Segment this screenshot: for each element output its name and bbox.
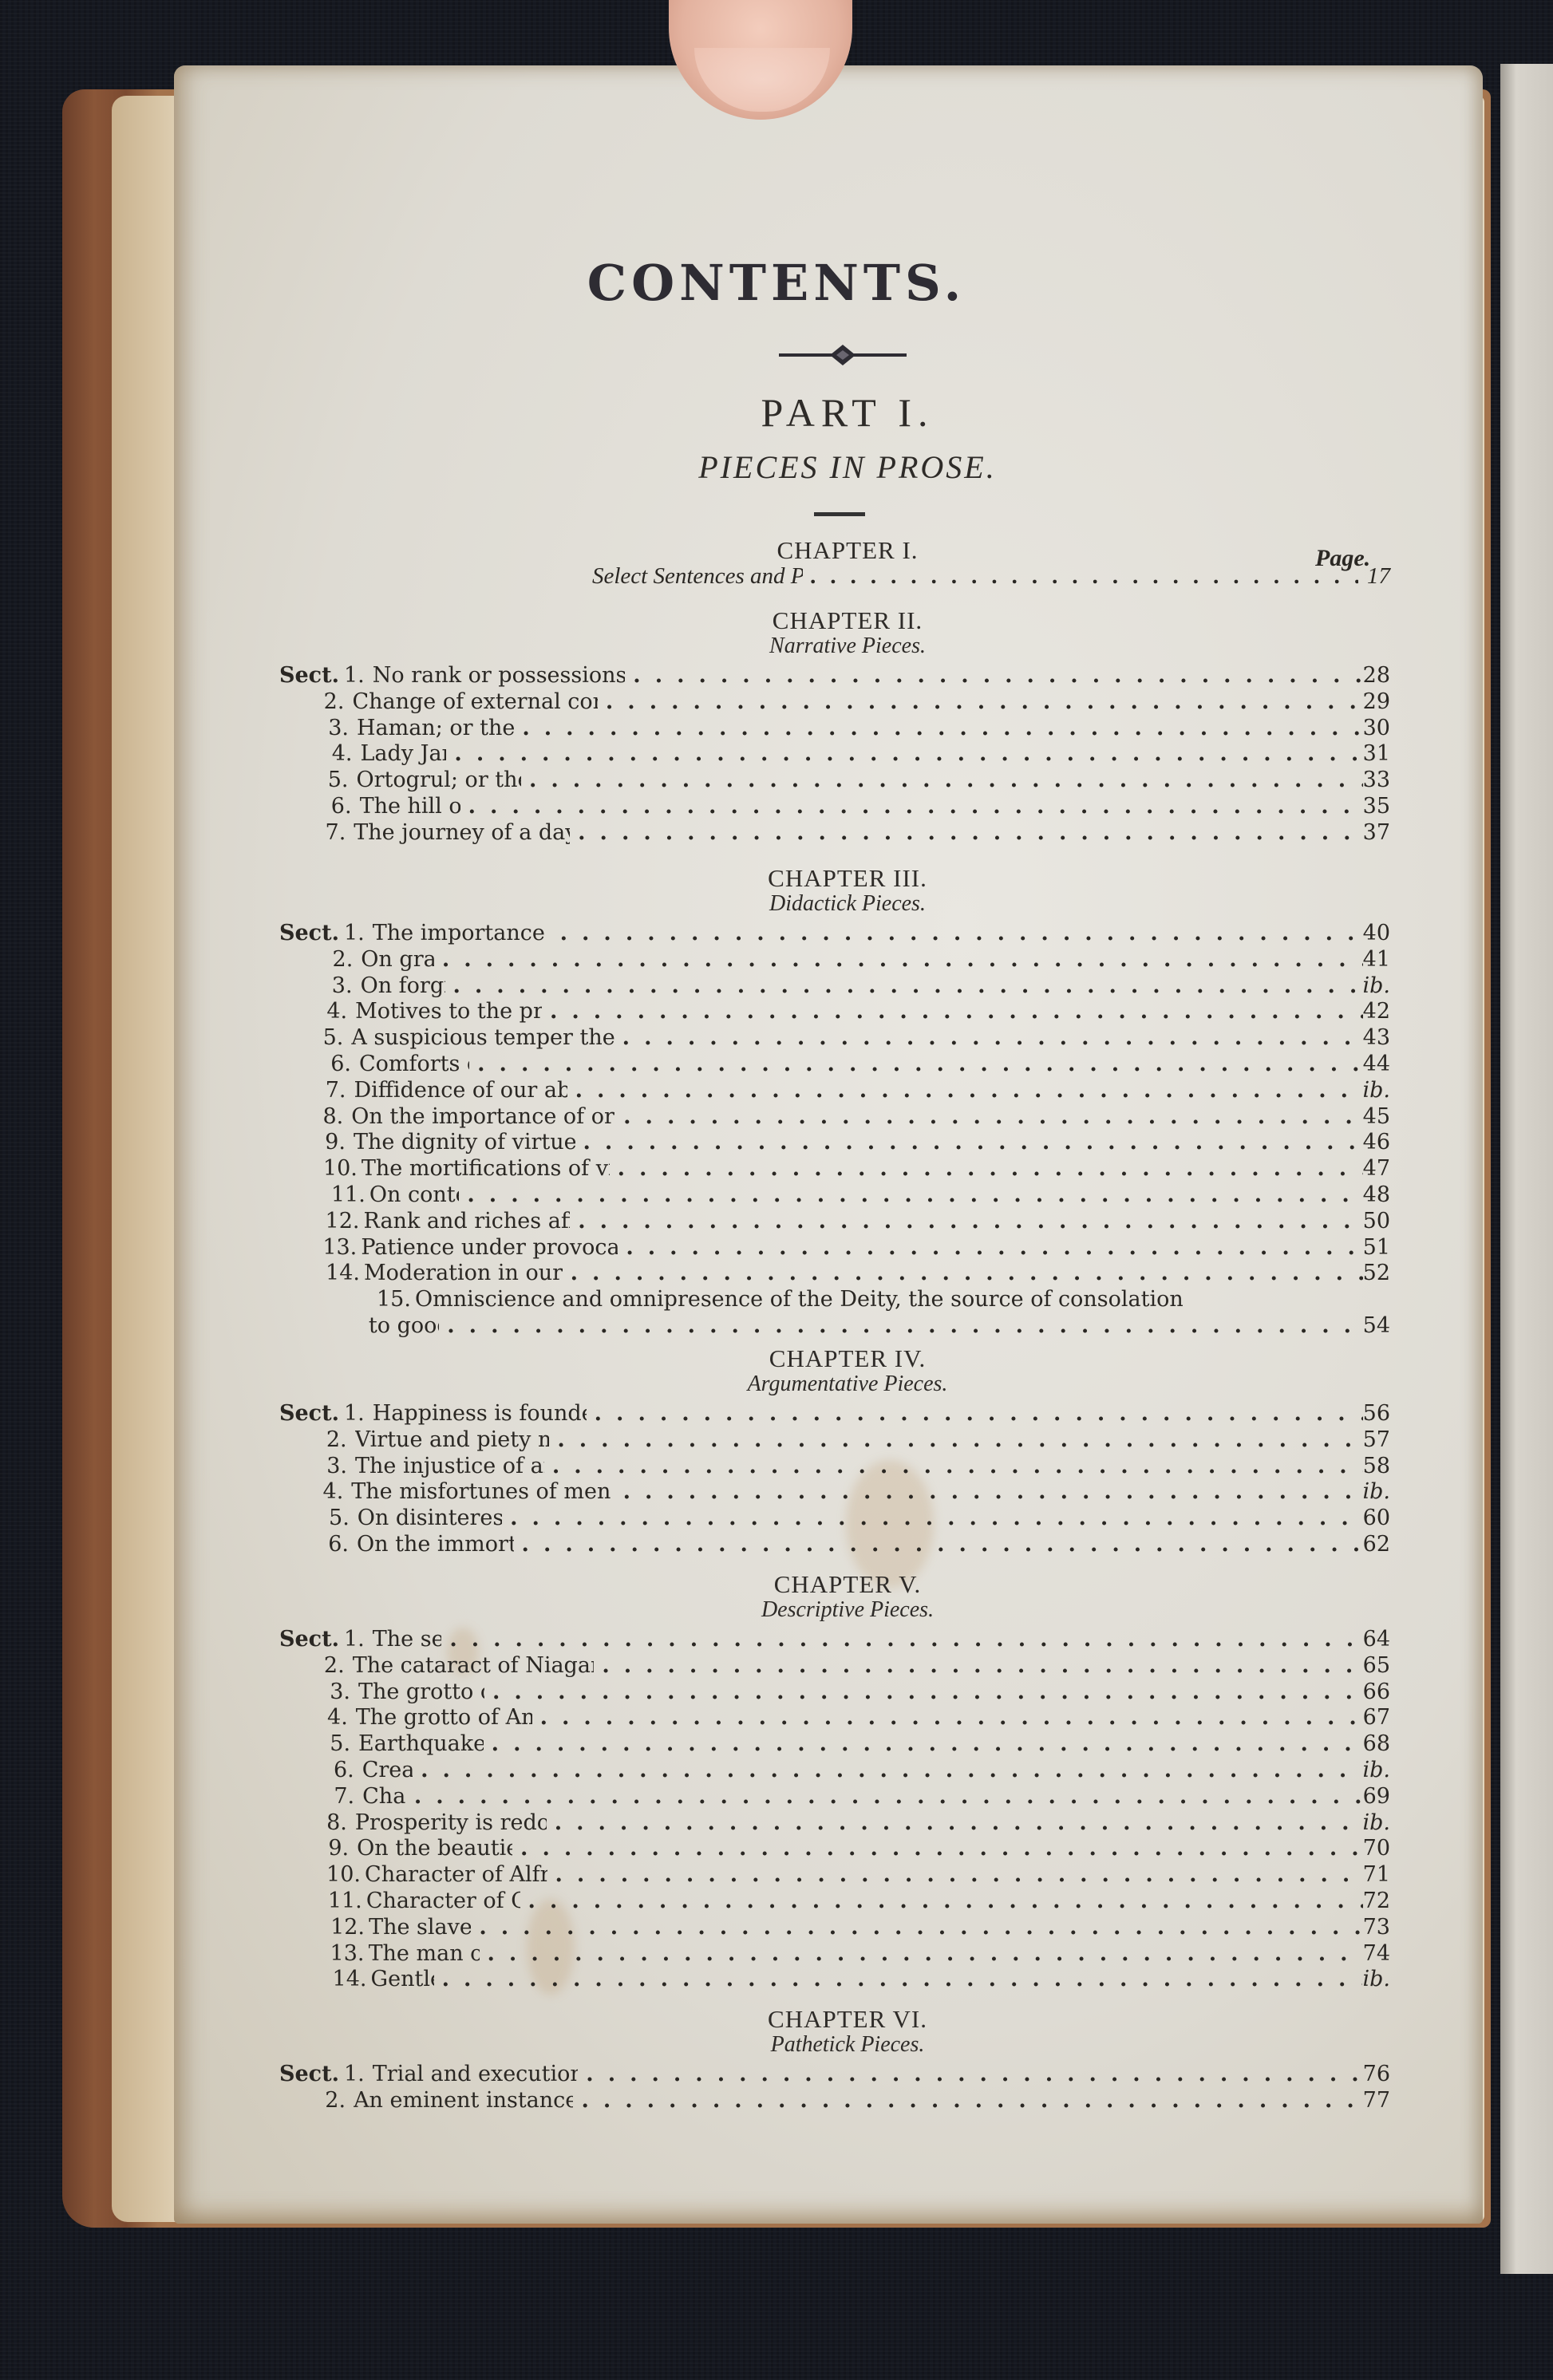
section-number: 2. (324, 1652, 353, 1679)
toc-entry-row[interactable]: Select Sentences and Paragraphs.........… (592, 563, 1390, 590)
page-number[interactable]: 42 (1363, 998, 1390, 1024)
chapter-subtitle: Didactick Pieces. (0, 891, 1553, 917)
ornament-divider-icon (779, 345, 907, 365)
dot-leader: ........................................… (484, 1731, 1363, 1757)
toc-entry-row[interactable]: 5.On disinterested friendship...........… (279, 1505, 1390, 1531)
dot-leader: ........................................… (445, 973, 1363, 999)
dot-leader: ........................................… (469, 1051, 1363, 1077)
short-rule-divider (814, 512, 865, 516)
section-title[interactable]: On the immortality of the soul (357, 1531, 514, 1557)
page-number[interactable]: 77 (1363, 2087, 1390, 2114)
toc-entry-row[interactable]: Sect.1.The importance of a good educatio… (279, 920, 1390, 946)
chapter-heading: CHAPTER V. (0, 1570, 1553, 1599)
section-number: 8. (326, 1810, 355, 1836)
chapter-heading: CHAPTER VI. (0, 2005, 1553, 2034)
section-title[interactable]: On forgiveness (361, 973, 445, 999)
dot-leader: ........................................… (587, 1400, 1363, 1427)
section-title[interactable]: Diffidence of our abilities a mark of wi… (354, 1077, 567, 1103)
section-number: 11. (328, 1888, 366, 1914)
toc-entry-row[interactable]: 15.Omniscience and omnipresence of the D… (279, 1286, 1390, 1312)
section-title[interactable]: Character of Queen Elizabeth (366, 1888, 520, 1914)
section-prefix: Sect. (279, 920, 344, 946)
page-number[interactable]: 57 (1363, 1427, 1390, 1453)
toc-entry-row[interactable]: 6.Creation..............................… (279, 1757, 1390, 1783)
page-number[interactable]: 37 (1363, 819, 1390, 846)
toc-entry-row[interactable]: 10.Character of Alfred, king of England.… (279, 1861, 1390, 1888)
toc-entry-row[interactable]: 9.On the beauties of the Psalms.........… (279, 1835, 1390, 1861)
section-number: 12. (326, 1208, 364, 1234)
section-title[interactable]: No rank or possessions can make the guil… (373, 662, 626, 689)
part-subtitle: PIECES IN PROSE. (0, 448, 1553, 486)
section-title[interactable]: The misfortunes of men mostly chargeable… (351, 1478, 614, 1505)
dot-leader: ........................................… (514, 1531, 1363, 1557)
toc-entry-row[interactable]: 14.Moderation in our wishes recommended.… (279, 1260, 1390, 1286)
section-title[interactable]: Change of external condition often adver… (352, 689, 597, 715)
section-number: 7. (334, 1783, 362, 1810)
section-title[interactable]: The grotto of Antiparos, continued (356, 1704, 532, 1731)
dot-leader: ........................................… (434, 1966, 1363, 1992)
page-number[interactable]: 47 (1363, 1155, 1390, 1182)
page-number[interactable]: 45 (1363, 1103, 1390, 1130)
dot-leader: ........................................… (502, 1505, 1363, 1531)
section-title[interactable]: The seasons (373, 1626, 442, 1652)
dot-leader: ........................................… (575, 1129, 1363, 1155)
page-number[interactable]: 65 (1363, 1652, 1390, 1679)
section-number: 2. (326, 1427, 355, 1453)
section-title[interactable]: Earthquake at Catanea (358, 1731, 484, 1757)
section-prefix: Sect. (279, 1400, 344, 1427)
dot-leader: ........................................… (547, 1861, 1363, 1888)
section-number: 1. (344, 1400, 373, 1427)
page-number[interactable]: 71 (1363, 1861, 1390, 1888)
page-number[interactable]: 46 (1363, 1129, 1390, 1155)
page-number[interactable]: 33 (1363, 767, 1390, 793)
page-number[interactable]: ib. (1362, 1966, 1390, 1992)
page-number[interactable]: 28 (1363, 662, 1390, 689)
toc-entry-row[interactable]: 14.Gentleness...........................… (279, 1966, 1390, 1992)
dot-leader: ........................................… (567, 1077, 1363, 1103)
toc-entry-row[interactable]: 7.Diffidence of our abilities a mark of … (279, 1077, 1390, 1103)
section-number: 5. (328, 767, 357, 793)
section-title[interactable]: A suspicious temper the source of misery… (351, 1024, 614, 1051)
section-number: 2. (324, 689, 353, 715)
toc-entry-row[interactable]: 4.Motives to the practice of gentleness.… (279, 998, 1390, 1024)
page-number[interactable]: 73 (1363, 1914, 1390, 1940)
toc-entry-row[interactable]: 8.Prosperity is redoubled to a good man.… (279, 1810, 1390, 1836)
section-number: 10. (323, 1155, 362, 1182)
section-number: 4. (332, 740, 361, 767)
page-number[interactable]: 43 (1363, 1024, 1390, 1051)
section-number: 1. (344, 662, 373, 689)
toc-entry-row[interactable]: 2.The cataract of Niagara, in Canada, No… (279, 1652, 1390, 1679)
section-number: 11. (331, 1182, 369, 1208)
chapter-heading: CHAPTER III. (0, 864, 1553, 893)
toc-entry-row[interactable]: 3.Haman; or the misery of pride.........… (279, 715, 1390, 741)
dot-leader: ........................................… (552, 920, 1363, 946)
section-number: 8. (323, 1103, 352, 1130)
dot-leader: ........................................… (514, 715, 1362, 741)
section-number: 13. (322, 1234, 361, 1261)
page-number[interactable]: 48 (1363, 1182, 1390, 1208)
section-title[interactable]: Motives to the practice of gentleness (355, 998, 542, 1024)
toc-entry-row[interactable]: Sect.1.Trial and execution of the Earl o… (279, 2061, 1390, 2087)
page-number[interactable]: 76 (1363, 2061, 1390, 2087)
toc-entry-row[interactable]: 7.The journey of a day; a picture of hum… (279, 819, 1390, 846)
section-title[interactable]: Virtue and piety man's highest interest (355, 1427, 550, 1453)
toc-entry-row[interactable]: 3.The grotto of Antiparos...............… (279, 1679, 1390, 1705)
section-title[interactable]: The cataract of Niagara, in Canada, Nort… (353, 1652, 595, 1679)
dot-leader: ........................................… (520, 1888, 1363, 1914)
page-number[interactable]: 52 (1363, 1260, 1390, 1286)
toc-entry-row[interactable]: to good men.............................… (279, 1312, 1390, 1339)
toc-entry-row[interactable]: 2.Virtue and piety man's highest interes… (279, 1427, 1390, 1453)
page-number[interactable]: 68 (1363, 1731, 1390, 1757)
section-title[interactable]: to good men (356, 1312, 439, 1339)
section-title[interactable]: The importance of a good education (373, 920, 552, 946)
section-number: 4. (327, 1704, 356, 1731)
section-title[interactable]: Trial and execution of the Earl of Straf… (373, 2061, 579, 2087)
toc-entry-row[interactable]: 3.The injustice of an uncharitable spiri… (279, 1453, 1390, 1479)
section-number: 1. (344, 920, 373, 946)
toc-entry-row[interactable]: 8.On the importance of order in the dist… (279, 1103, 1390, 1130)
section-title[interactable]: Ortogrul; or the vanity of riches (357, 767, 521, 793)
dot-leader: ........................................… (532, 1704, 1363, 1731)
dot-leader: ........................................… (598, 689, 1363, 715)
dot-leader: ........................................… (573, 2087, 1362, 2114)
dot-leader: ........................................… (471, 1914, 1362, 1940)
page-number[interactable]: 74 (1363, 1940, 1390, 1967)
section-number: 5. (323, 1024, 352, 1051)
part-heading: PART I. (0, 389, 1553, 436)
dot-leader: ........................................… (610, 1155, 1363, 1182)
section-title[interactable]: Comforts of religion (359, 1051, 469, 1077)
toc-entry-row[interactable]: 3.On forgiveness........................… (279, 973, 1390, 999)
section-number: 3. (326, 1453, 355, 1479)
section-title[interactable]: On contentment (369, 1182, 460, 1208)
page-number[interactable]: ib. (1362, 1077, 1390, 1103)
toc-entry-row[interactable]: 7.Charity...............................… (279, 1783, 1390, 1810)
toc-entry-row[interactable]: 2.An eminent instance of true fortitude … (279, 2087, 1390, 2114)
toc-entry-row[interactable]: 6.Comforts of religion..................… (279, 1051, 1390, 1077)
page-number[interactable]: 29 (1363, 689, 1390, 715)
dot-leader: ........................................ (803, 563, 1358, 590)
chapter-heading: CHAPTER II. (0, 606, 1553, 635)
chapter-subtitle: Argumentative Pieces. (0, 1372, 1553, 1397)
section-title[interactable]: On the beauties of the Psalms (357, 1835, 512, 1861)
toc-entry-row[interactable]: 10.The mortifications of vice greater th… (279, 1155, 1390, 1182)
section-title[interactable]: Moderation in our wishes recommended (364, 1260, 563, 1286)
page-number[interactable]: 67 (1363, 1704, 1390, 1731)
section-number: 1. (344, 2061, 373, 2087)
toc-entry-row[interactable]: 2.Change of external condition often adv… (279, 689, 1390, 715)
dot-leader: ........................................… (406, 1783, 1363, 1810)
page-number[interactable]: 66 (1363, 1679, 1390, 1705)
section-number: 3. (330, 1679, 358, 1705)
dot-leader: ........................................… (544, 1453, 1363, 1479)
page-number[interactable]: ib. (1362, 1810, 1390, 1836)
section-title[interactable]: An eminent instance of true fortitude of… (354, 2087, 573, 2114)
page-number[interactable]: ib. (1362, 1757, 1390, 1783)
section-number: 2. (333, 946, 362, 973)
section-number: 2. (325, 2087, 354, 2114)
dot-leader: ........................................… (460, 793, 1363, 819)
page-number[interactable]: 17 (1358, 563, 1390, 590)
section-prefix: Sect. (279, 1626, 344, 1652)
dot-leader: ........................................… (618, 1234, 1362, 1261)
dot-leader: ........................................… (459, 1182, 1362, 1208)
page-number[interactable]: 54 (1363, 1312, 1390, 1339)
page-number[interactable]: 30 (1363, 715, 1390, 741)
section-number: 6. (328, 1531, 357, 1557)
dot-leader: ........................................… (480, 1940, 1363, 1967)
dot-leader: ........................................… (615, 1103, 1363, 1130)
page-number[interactable]: 58 (1363, 1453, 1390, 1479)
section-number: 10. (326, 1861, 365, 1888)
page-number[interactable]: 56 (1363, 1400, 1390, 1427)
section-title[interactable]: Happiness is founded in rectitude of con… (373, 1400, 587, 1427)
section-number: 1. (344, 1626, 373, 1652)
toc-entry-row[interactable]: 5.A suspicious temper the source of mise… (279, 1024, 1390, 1051)
page-number[interactable]: 35 (1363, 793, 1390, 819)
toc-entry-row[interactable]: Sect.1.No rank or possessions can make t… (279, 662, 1390, 689)
section-number: 3. (332, 973, 361, 999)
section-number: 12. (330, 1914, 369, 1940)
section-title[interactable]: Prosperity is redoubled to a good man (355, 1810, 547, 1836)
section-title[interactable]: On disinterested friendship (358, 1505, 502, 1531)
page-number[interactable]: 51 (1363, 1234, 1390, 1261)
toc-entry-row[interactable]: 4.The misfortunes of men mostly chargeab… (279, 1478, 1390, 1505)
toc-entry-row[interactable]: 12.The slavery of vice..................… (279, 1914, 1390, 1940)
table-of-contents: CONTENTS. PART I. PIECES IN PROSE. Page.… (0, 0, 1553, 2380)
page-number[interactable]: 62 (1363, 1531, 1390, 1557)
section-title[interactable]: Patience under provocations our interest… (361, 1234, 618, 1261)
section-number: 14. (333, 1966, 371, 1992)
page-number[interactable]: ib. (1362, 1478, 1390, 1505)
section-number: 14. (326, 1260, 364, 1286)
section-number: 4. (326, 998, 355, 1024)
toc-entry-row[interactable]: 6.The hill of science...................… (279, 793, 1390, 819)
page-number[interactable]: 69 (1363, 1783, 1390, 1810)
toc-entry-row[interactable]: 6.On the immortality of the soul........… (279, 1531, 1390, 1557)
section-number: 7. (326, 1077, 354, 1103)
dot-leader: ........................................… (521, 767, 1363, 793)
section-prefix: Sect. (279, 662, 344, 689)
section-number: 6. (330, 1051, 359, 1077)
section-title[interactable]: The grotto of Antiparos (358, 1679, 484, 1705)
section-title[interactable]: Haman; or the misery of pride (357, 715, 514, 741)
dot-leader: ........................................… (434, 946, 1363, 973)
dot-leader: ........................................… (594, 1652, 1362, 1679)
section-number: 7. (326, 819, 354, 846)
toc-entry-row[interactable]: 11.On contentment.......................… (279, 1182, 1390, 1208)
section-title[interactable]: Gentleness (371, 1966, 434, 1992)
toc-entry-row[interactable]: Sect.1.The seasons......................… (279, 1626, 1390, 1652)
toc-entry-row[interactable]: 13.The man of integrity.................… (279, 1940, 1390, 1967)
section-title[interactable]: The slavery of vice (369, 1914, 471, 1940)
section-number: 9. (328, 1835, 357, 1861)
page-number[interactable]: 60 (1363, 1505, 1390, 1531)
page-number[interactable]: 40 (1363, 920, 1390, 946)
toc-entry-row[interactable]: 11.Character of Queen Elizabeth.........… (279, 1888, 1390, 1914)
section-prefix: Sect. (279, 2061, 344, 2087)
toc-entry-row[interactable]: 13.Patience under provocations our inter… (279, 1234, 1390, 1261)
dot-leader: ........................................… (615, 1478, 1363, 1505)
section-number: 3. (328, 715, 357, 741)
section-title[interactable]: On gratitude (361, 946, 434, 973)
dot-leader: ........................................… (570, 819, 1363, 846)
chapter-heading: CHAPTER I. (0, 536, 1553, 565)
section-title[interactable]: Rank and riches afford no ground for env… (364, 1208, 571, 1234)
toc-entry-row[interactable]: 4.Lady Jane Grey........................… (279, 740, 1390, 767)
page-number[interactable]: 72 (1363, 1888, 1390, 1914)
dot-leader: ........................................… (484, 1679, 1363, 1705)
section-number: 5. (329, 1505, 358, 1531)
dot-leader: ........................................… (413, 1757, 1362, 1783)
section-title[interactable]: Character of Alfred, king of England (365, 1861, 547, 1888)
dot-leader: ........................................… (439, 1312, 1362, 1339)
toc-entry-row[interactable]: 9.The dignity of virtue amidst corrupt e… (279, 1129, 1390, 1155)
chapter-heading: CHAPTER IV. (0, 1344, 1553, 1373)
page-number[interactable]: ib. (1362, 973, 1390, 999)
section-title[interactable]: The injustice of an uncharitable spirit (355, 1453, 544, 1479)
dot-leader: ........................................… (547, 1810, 1363, 1836)
dot-leader: ........................................… (578, 2061, 1362, 2087)
section-title[interactable]: Charity (362, 1783, 406, 1810)
dot-leader: ........................................… (441, 1626, 1362, 1652)
dot-leader: ........................................… (614, 1024, 1363, 1051)
dot-leader: ........................................… (446, 740, 1362, 767)
toc-entry-row[interactable]: 12.Rank and riches afford no ground for … (279, 1208, 1390, 1234)
section-number: 9. (325, 1129, 354, 1155)
section-title[interactable]: Creation (362, 1757, 413, 1783)
section-title[interactable]: On the importance of order in the distri… (351, 1103, 615, 1130)
section-number: 4. (323, 1478, 352, 1505)
section-number: 6. (331, 793, 360, 819)
dot-leader: ........................................… (542, 998, 1363, 1024)
toc-entry-row[interactable]: 5.Ortogrul; or the vanity of riches.....… (279, 767, 1390, 793)
toc-entry-row[interactable]: Sect.1.Happiness is founded in rectitude… (279, 1400, 1390, 1427)
toc-entry-row[interactable]: 2.On gratitude..........................… (279, 946, 1390, 973)
toc-entry-row[interactable]: 5.Earthquake at Catanea.................… (279, 1731, 1390, 1757)
chapter-subtitle: Narrative Pieces. (0, 633, 1553, 659)
page-number[interactable]: 64 (1363, 1626, 1390, 1652)
section-title[interactable]: The mortifications of vice greater than … (362, 1155, 610, 1182)
page-number[interactable]: 31 (1363, 740, 1390, 767)
section-number: 13. (330, 1940, 369, 1967)
dot-leader: ........................................… (512, 1835, 1363, 1861)
section-number: 5. (330, 1731, 358, 1757)
section-title[interactable]: The hill of science (360, 793, 460, 819)
page-number[interactable]: 41 (1363, 946, 1390, 973)
dot-leader: ........................................… (625, 662, 1362, 689)
chapter-subtitle: Descriptive Pieces. (0, 1597, 1553, 1623)
page-title: CONTENTS. (0, 254, 1553, 312)
section-title[interactable]: Lady Jane Grey (360, 740, 446, 767)
section-title[interactable]: The journey of a day; a picture of human… (354, 819, 570, 846)
toc-entry-row[interactable]: 4.The grotto of Antiparos, continued....… (279, 1704, 1390, 1731)
section-title[interactable]: Omniscience and omnipresence of the Deit… (415, 1286, 1184, 1312)
section-number: 6. (334, 1757, 362, 1783)
section-title[interactable]: The dignity of virtue amidst corrupt exa… (354, 1129, 575, 1155)
chapter-subtitle[interactable]: Select Sentences and Paragraphs. (592, 563, 803, 590)
page-number[interactable]: 44 (1363, 1051, 1390, 1077)
chapter-subtitle: Pathetick Pieces. (0, 2032, 1553, 2058)
page-number[interactable]: 50 (1363, 1208, 1390, 1234)
section-number: 15. (377, 1286, 415, 1312)
dot-leader: ........................................… (563, 1260, 1363, 1286)
page-number[interactable]: 70 (1363, 1835, 1390, 1861)
section-title[interactable]: The man of integrity (369, 1940, 480, 1967)
dot-leader: ........................................… (549, 1427, 1362, 1453)
dot-leader: ........................................… (570, 1208, 1362, 1234)
